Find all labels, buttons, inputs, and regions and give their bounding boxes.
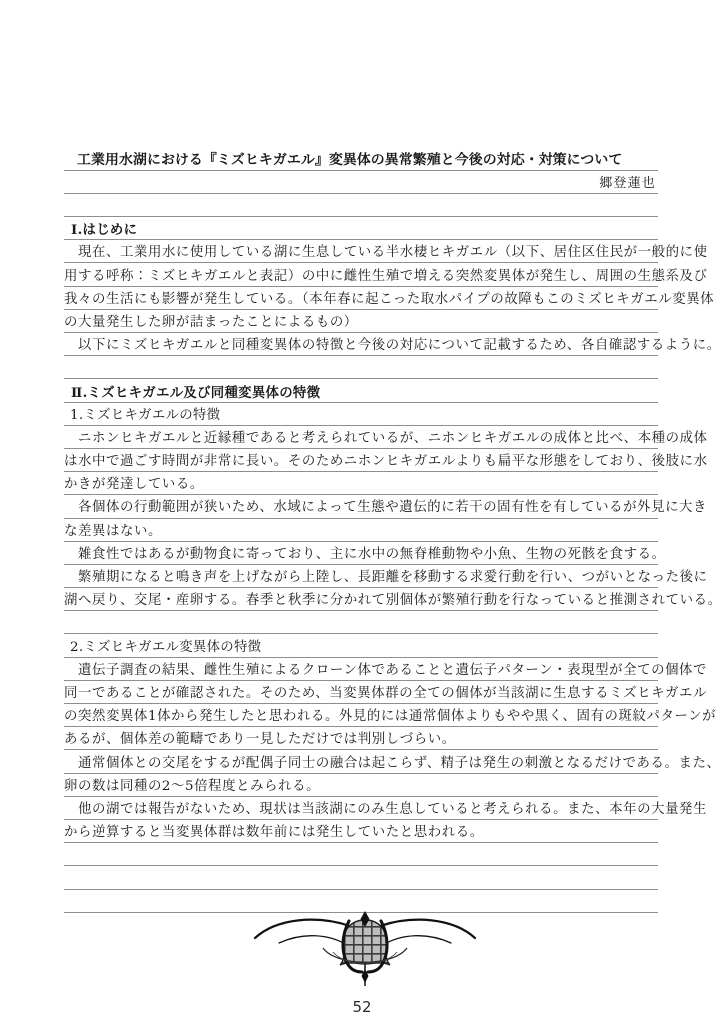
text-line: 各個体の行動範囲が狭いため、水域によって生態や遺伝的に若干の固有性を有しているが…: [64, 495, 658, 518]
blank-ruled-line: [64, 194, 658, 217]
text-line: あるが、個体差の範疇であり一見しただけでは判別しづらい。: [64, 727, 658, 750]
text-line: 以下にミズヒキガエルと同種変異体の特徴と今後の対応について記載するため、各自確認…: [64, 333, 658, 356]
document-page: 工業用水湖における『ミズヒキガエル』変異体の異常繁殖と今後の対応・対策について …: [0, 0, 724, 1024]
section-heading-1: Ⅰ.はじめに: [64, 217, 658, 240]
text-line: 通常個体との交尾をするが配偶子同士の融合は起こらず、精子は発生の刺激となるだけで…: [64, 750, 658, 773]
section-heading-2: Ⅱ.ミズヒキガエル及び同種変異体の特徴: [64, 379, 658, 402]
text-line: 同一であることが確認された。そのため、当変異体群の全ての個体が当該湖に生息するミ…: [64, 681, 658, 704]
document-title: 工業用水湖における『ミズヒキガエル』変異体の異常繁殖と今後の対応・対策について: [64, 148, 658, 171]
text-line: 用する呼称：ミズヒキガエルと表記）の中に雌性生殖で増える突然変異体が発生し、周囲…: [64, 263, 658, 286]
text-line: 繁殖期になると鳴き声を上げながら上陸し、長距離を移動する求愛行動を行い、つがいと…: [64, 565, 658, 588]
blank-ruled-line: [64, 356, 658, 379]
text-line: 雑食性ではあるが動物食に寄っており、主に水中の無脊椎動物や小魚、生物の死骸を食す…: [64, 542, 658, 565]
text-line: な差異はない。: [64, 519, 658, 542]
blank-ruled-line: [64, 843, 658, 866]
text-line: 他の湖では報告がないため、現状は当該湖にのみ生息していると考えられる。また、本年…: [64, 797, 658, 820]
text-line: ニホンヒキガエルと近縁種であると考えられているが、ニホンヒキガエルの成体と比べ、…: [64, 426, 658, 449]
text-line: 湖へ戻り、交尾・産卵する。春季と秋季に分かれて別個体が繁殖行動を行なっていると推…: [64, 588, 658, 611]
text-line: 我々の生活にも影響が発生している。（本年春に起こった取水パイプの故障もこのミズヒ…: [64, 287, 658, 310]
ruled-text-block: 工業用水湖における『ミズヒキガエル』変異体の異常繁殖と今後の対応・対策について …: [64, 148, 658, 913]
text-line: は水中で過ごす時間が非常に長い。そのためニホンヒキガエルよりも扁平な形態をしてお…: [64, 449, 658, 472]
author-name: 郷登蓮也: [64, 171, 658, 194]
text-line: の大量発生した卵が詰まったことによるもの）: [64, 310, 658, 333]
text-line: の突然変異体1体から発生したと思われる。外見的には通常個体よりもやや黒く、固有の…: [64, 704, 658, 727]
text-line: 現在、工業用水に使用している湖に生息している半水棲ヒキガエル（以下、居住区住民が…: [64, 240, 658, 263]
blank-ruled-line: [64, 866, 658, 889]
text-line: かきが発達している。: [64, 472, 658, 495]
subsection-heading: 1.ミズヒキガエルの特徴: [64, 403, 658, 426]
blank-ruled-line: [64, 611, 658, 634]
text-line: 卵の数は同種の2～5倍程度とみられる。: [64, 774, 658, 797]
text-line: から逆算すると当変異体群は数年前には発生していたと思われる。: [64, 820, 658, 843]
page-number: 52: [0, 998, 724, 1016]
winged-orb-fleuron-icon: [245, 908, 485, 990]
text-line: 遺伝子調査の結果、雌性生殖によるクローン体であることと遺伝子パターン・表現型が全…: [64, 658, 658, 681]
subsection-heading: 2.ミズヒキガエル変異体の特徴: [64, 634, 658, 657]
